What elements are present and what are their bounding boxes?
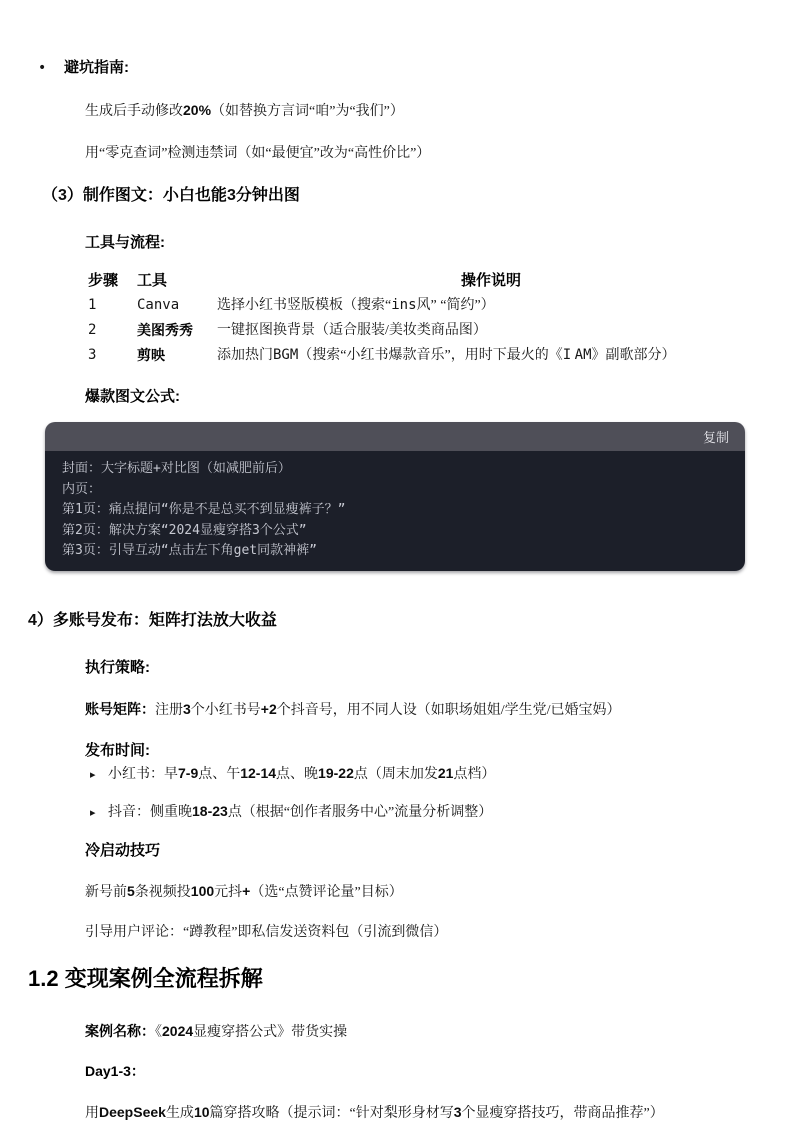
day-range-label: Day1-3：: [85, 1063, 145, 1079]
section-heading-case-study: 1.2 变现案例全流程拆解: [28, 963, 765, 995]
day-task-text: 用DeepSeek生成10篇穿搭攻略（提示词：“针对梨形身材写3个显瘦穿搭技巧，…: [85, 1102, 765, 1121]
pitfall-tip-1: 生成后手动修改20%（如替换方言词“咱”为“我们”）: [85, 100, 765, 122]
code-line: 第2页：解决方案“2024显瘦穿搭3个公式”: [62, 521, 729, 542]
document-page: • 避坑指南: 生成后手动修改20%（如替换方言词“咱”为“我们”） 用“零克查…: [0, 0, 793, 1121]
code-block: 复制 封面：大字标题+对比图（如减肥前后） 内页： 第1页：痛点提问“你是不是总…: [45, 422, 745, 571]
tools-process-label: 工具与流程:: [85, 232, 765, 254]
table-row-2-tool: 美图秀秀: [137, 318, 217, 343]
table-row-3-desc: 添加热门BGM（搜索“小红书爆款音乐”，用时下最火的《I AM》副歌部分）: [217, 343, 765, 368]
case-name-paragraph: 案例名称：《2024显瘦穿搭公式》带货实操: [85, 1021, 765, 1043]
schedule-label: 发布时间:: [85, 740, 765, 762]
cold-start-tip-1: 新号前5条视频投100元抖+（选“点赞评论量”目标）: [85, 881, 765, 903]
copy-button[interactable]: 复制: [703, 427, 729, 446]
strategy-label: 执行策略:: [85, 657, 765, 679]
table-row-1-step: 1: [88, 293, 137, 318]
matrix-paragraph: 账号矩阵：注册3个小红书号+2个抖音号，用不同人设（如职场姐姐/学生党/已婚宝妈…: [85, 699, 765, 721]
table-header-desc: 操作说明: [217, 268, 765, 293]
code-block-body: 封面：大字标题+对比图（如减肥前后） 内页： 第1页：痛点提问“你是不是总买不到…: [45, 451, 745, 571]
code-line: 内页：: [62, 480, 729, 501]
case-name-label: 案例名称：: [85, 1023, 155, 1039]
table-row-2-step: 2: [88, 318, 137, 343]
table-header-step: 步骤: [88, 268, 137, 293]
code-line: 第1页：痛点提问“你是不是总买不到显瘦裤子？”: [62, 500, 729, 521]
pitfall-heading: 避坑指南:: [64, 57, 129, 79]
schedule-item-douyin: ▸ 抖音：侧重晚18-23点（根据“创作者服务中心”流量分析调整）: [90, 801, 765, 823]
code-block-header: 复制: [45, 422, 745, 451]
pitfall-tip-2: 用“零克查词”检测违禁词（如“最便宜”改为“高性价比”）: [85, 143, 765, 164]
triangle-bullet-icon: ▸: [90, 763, 108, 785]
bullet-dot-icon: •: [38, 57, 64, 79]
formula-label: 爆款图文公式:: [85, 386, 765, 408]
tools-table: 步骤 工具 操作说明 1 Canva 选择小红书竖版模板（搜索“ins风” “简…: [88, 268, 765, 368]
table-row-2-desc: 一键抠图换背景（适合服装/美妆类商品图）: [217, 318, 765, 343]
schedule-item-xiaohongshu: ▸ 小红书：早7-9点、午12-14点、晚19-22点（周末加发21点档）: [90, 763, 765, 785]
day-label-paragraph: Day1-3：: [85, 1061, 765, 1083]
matrix-label: 账号矩阵：: [85, 701, 155, 717]
cold-start-tip-2: 引导用户评论：“蹲教程”即私信发送资料包（引流到微信）: [85, 922, 765, 943]
section-heading-image-creation: （3）制作图文：小白也能3分钟出图: [42, 184, 765, 208]
schedule-item-text: 抖音：侧重晚18-23点（根据“创作者服务中心”流量分析调整）: [108, 801, 492, 823]
code-line: 第3页：引导互动“点击左下角get同款神裤”: [62, 541, 729, 562]
case-name-text: 《2024显瘦穿搭公式》带货实操: [155, 1025, 347, 1040]
table-row-3-step: 3: [88, 343, 137, 368]
table-row-1-desc: 选择小红书竖版模板（搜索“ins风” “简约”）: [217, 293, 765, 318]
section-heading-multi-account: 4）多账号发布：矩阵打法放大收益: [28, 609, 765, 633]
schedule-item-text: 小红书：早7-9点、午12-14点、晚19-22点（周末加发21点档）: [108, 763, 495, 785]
triangle-bullet-icon: ▸: [90, 801, 108, 823]
table-row-3-tool: 剪映: [137, 343, 217, 368]
pitfall-bullet-item: • 避坑指南:: [38, 57, 765, 79]
table-row-1-tool: Canva: [137, 293, 217, 318]
cold-start-label: 冷启动技巧: [85, 840, 765, 862]
table-header-tool: 工具: [137, 268, 217, 293]
matrix-text: 注册3个小红书号+2个抖音号，用不同人设（如职场姐姐/学生党/已婚宝妈）: [155, 703, 621, 718]
code-line: 封面：大字标题+对比图（如减肥前后）: [62, 459, 729, 480]
